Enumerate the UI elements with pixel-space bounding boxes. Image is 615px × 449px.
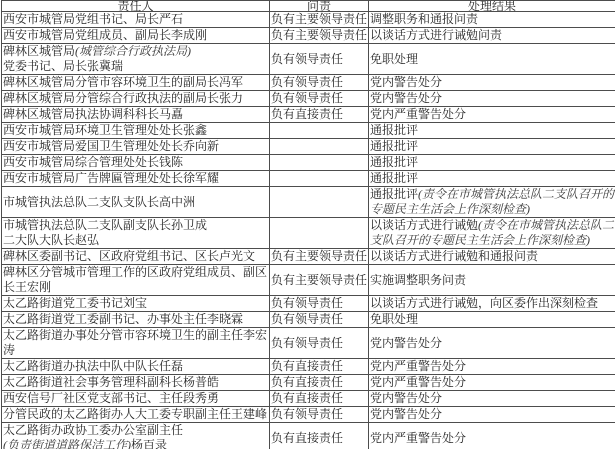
table-row: 市城管执法总队二支队支队长高中洲通报批评(责令在市城管执法总队二支队召开的专题民… (2, 187, 615, 218)
text-run: 调整职务和通报问责 (370, 12, 478, 26)
cell-handling-result: 以谈话方式进行诫勉和通报问责 (369, 249, 615, 265)
header-row: 责任人 问责 处理结果 (2, 1, 615, 12)
text-run: 党内严重警告处分 (370, 375, 466, 389)
text-run: 负有主要领导责任 (271, 12, 367, 26)
text-run: 西安市城管局党组成员、副局长李成刚 (3, 28, 207, 42)
header-handling-result: 处理结果 (369, 1, 615, 12)
cell-accountability: 负有主要领导责任 (270, 12, 369, 28)
text-run: 通报批评 (370, 139, 418, 153)
cell-handling-result: 党内警告处分 (369, 75, 615, 91)
text-run: 以谈话方式进行诫勉，向区委作出深刻检查 (370, 296, 598, 310)
header-responsible-person: 责任人 (2, 1, 270, 12)
text-run: 党内严重警告处分 (370, 359, 466, 373)
cell-handling-result: 通报批评 (369, 139, 615, 155)
text-run: 西安信号厂社区党支部书记、主任段秀勇 (3, 391, 219, 405)
cell-handling-result: 党内严重警告处分 (369, 107, 615, 123)
cell-accountability: 负有主要领导责任 (270, 249, 369, 265)
cell-responsible-person: 市城管执法总队二支队副支队长孙卫成 二大队大队长赵弘 (2, 218, 270, 249)
cell-responsible-person: 市城管执法总队二支队支队长高中洲 (2, 187, 270, 218)
table-row: 太乙路街道社会事务管理科副科长杨普皓负有直接责任党内严重警告处分 (2, 375, 615, 391)
table-row: 太乙路街道办事处分管市容环境卫生的副主任李宏涛负有领导责任党内警告处分 (2, 328, 615, 359)
cell-handling-result: 通报批评 (369, 155, 615, 171)
cell-handling-result: 通报批评 (369, 123, 615, 139)
text-run: 党内严重警告处分 (370, 107, 466, 121)
table-row: 碑林区城管局分管综合行政执法的副局长张力负有领导责任党内警告处分 (2, 91, 615, 107)
text-run: 负有主要领导责任 (271, 273, 367, 287)
text-run: 以谈话方式进行诫勉和通报问责 (370, 249, 538, 263)
text-run: 免职处理 (370, 52, 418, 66)
table-row: 分管民政的太乙路街办人大工委专职副主任王建峰负有领导责任党内警告处分 (2, 407, 615, 423)
table-row: 西安信号厂社区党支部书记、主任段秀勇负有直接责任党内警告处分 (2, 391, 615, 407)
text-run: 以谈话方式进行诫勉 (370, 218, 478, 232)
cell-responsible-person: 碑林区委副书记、区政府党组书记、区长卢光文 (2, 249, 270, 265)
cell-accountability: 负有直接责任 (270, 107, 369, 123)
text-run: 负有直接责任 (271, 431, 343, 445)
text-run: 通报批评 (370, 155, 418, 169)
table-row: 西安市城管局环境卫生管理处处长张鑫通报批评 (2, 123, 615, 139)
cell-responsible-person: 西安市城管局综合管理处处长钱陈 (2, 155, 270, 171)
table-row: 碑林区城管局(城管综合行政执法局) 党委书记、局长张冀瑞负有领导责任免职处理 (2, 44, 615, 75)
text-run: 负有直接责任 (271, 107, 343, 121)
text-run: 西安市城管局综合管理处处长钱陈 (3, 155, 183, 169)
text-run: 党内警告处分 (370, 336, 442, 350)
table-header: 责任人 问责 处理结果 (2, 1, 615, 12)
cell-accountability: 负有主要领导责任 (270, 28, 369, 44)
text-run: 负有直接责任 (271, 391, 343, 405)
cell-handling-result: 免职处理 (369, 312, 615, 328)
cell-responsible-person: 分管民政的太乙路街办人大工委专职副主任王建峰 (2, 407, 270, 423)
text-run: 市城管执法总队二支队支队长高中洲 (3, 195, 195, 209)
cell-responsible-person: 碑林区分管城市管理工作的区政府党组成员、副区长王宏刚 (2, 265, 270, 296)
text-run: 碑林区城管局分管市容环境卫生的副局长冯军 (3, 75, 243, 89)
text-run: 党内警告处分 (370, 391, 442, 405)
text-run: 负有主要领导责任 (271, 249, 367, 263)
cell-responsible-person: 西安市城管局环境卫生管理处处长张鑫 (2, 123, 270, 139)
text-run: 太乙路街道党工委书记刘宝 (3, 296, 147, 310)
cell-handling-result: 党内严重警告处分 (369, 359, 615, 375)
cell-accountability: 负有直接责任 (270, 423, 369, 449)
text-run: 党内警告处分 (370, 75, 442, 89)
cell-responsible-person: 太乙路街道办执法中队中队长任磊 (2, 359, 270, 375)
text-run: 分管民政的太乙路街办人大工委专职副主任王建峰 (3, 407, 267, 421)
text-run-kai: (城管综合行政执法局) (75, 44, 191, 58)
cell-handling-result: 以谈话方式进行诫勉(责令在市城管执法总队二支队召开的专题民主生活会上作深刻检查) (369, 218, 615, 249)
cell-responsible-person: 碑林区城管局分管市容环境卫生的副局长冯军 (2, 75, 270, 91)
cell-accountability: 负有领导责任 (270, 312, 369, 328)
cell-accountability: 负有直接责任 (270, 359, 369, 375)
text-run: 西安市城管局环境卫生管理处处长张鑫 (3, 123, 207, 137)
text-run: 负有领导责任 (271, 312, 343, 326)
text-run: 负有直接责任 (271, 359, 343, 373)
cell-accountability: 负有领导责任 (270, 328, 369, 359)
text-run: 西安市城管局党组书记、局长严石 (3, 12, 183, 26)
cell-handling-result: 党内警告处分 (369, 391, 615, 407)
text-run: 负有领导责任 (271, 52, 343, 66)
text-run: 以谈话方式进行诫勉问责 (370, 28, 502, 42)
cell-accountability: 负有主要领导责任 (270, 265, 369, 296)
text-run: 负有直接责任 (271, 375, 343, 389)
text-run: 太乙路街道社会事务管理科副科长杨普皓 (3, 375, 219, 389)
cell-responsible-person: 西安信号厂社区党支部书记、主任段秀勇 (2, 391, 270, 407)
table-row: 碑林区委副书记、区政府党组书记、区长卢光文负有主要领导责任以谈话方式进行诫勉和通… (2, 249, 615, 265)
text-run: 西安市城管局爱国卫生管理处处长乔向新 (3, 139, 219, 153)
table-body: 西安市城管局党组书记、局长严石负有主要领导责任调整职务和通报问责西安市城管局党组… (2, 12, 615, 449)
cell-accountability (270, 218, 369, 249)
cell-responsible-person: 太乙路街办政协工委办公室副主任 (负责街道道路保洁工作)杨百录 (2, 423, 270, 449)
cell-responsible-person: 西安市城管局爱国卫生管理处处长乔向新 (2, 139, 270, 155)
cell-accountability: 负有领导责任 (270, 407, 369, 423)
text-run: 党内警告处分 (370, 91, 442, 105)
cell-responsible-person: 西安市城管局党组书记、局长严石 (2, 12, 270, 28)
table-row: 西安市城管局广告牌匾管理处处长徐军耀通报批评 (2, 171, 615, 187)
text-run: 党委书记、局长张冀瑞 (3, 59, 123, 73)
cell-responsible-person: 碑林区城管局执法协调科科长马嚞 (2, 107, 270, 123)
cell-responsible-person: 太乙路街道办事处分管市容环境卫生的副主任李宏涛 (2, 328, 270, 359)
cell-handling-result: 实施调整职务问责 (369, 265, 615, 296)
cell-accountability (270, 155, 369, 171)
text-run: 党内严重警告处分 (370, 431, 466, 445)
table-row: 碑林区分管城市管理工作的区政府党组成员、副区长王宏刚负有主要领导责任实施调整职务… (2, 265, 615, 296)
text-run: 负有领导责任 (271, 336, 343, 350)
cell-accountability: 负有领导责任 (270, 75, 369, 91)
text-run: 负有领导责任 (271, 91, 343, 105)
cell-handling-result: 调整职务和通报问责 (369, 12, 615, 28)
text-run: 碑林区城管局分管综合行政执法的副局长张力 (3, 91, 243, 105)
text-run: 实施调整职务问责 (370, 273, 466, 287)
text-run: 杨百录 (131, 438, 167, 449)
table-row: 碑林区城管局分管市容环境卫生的副局长冯军负有领导责任党内警告处分 (2, 75, 615, 91)
cell-accountability: 负有领导责任 (270, 296, 369, 312)
text-run: 西安市城管局广告牌匾管理处处长徐军耀 (3, 171, 219, 185)
cell-handling-result: 党内严重警告处分 (369, 423, 615, 449)
cell-accountability: 负有领导责任 (270, 44, 369, 75)
text-run: 碑林区分管城市管理工作的区政府党组成员、副区长王宏刚 (3, 265, 267, 294)
text-run: 碑林区委副书记、区政府党组书记、区长卢光文 (3, 249, 255, 263)
text-run: 通报批评 (370, 123, 418, 137)
cell-responsible-person: 太乙路街道社会事务管理科副科长杨普皓 (2, 375, 270, 391)
table-row: 太乙路街道党工委副书记、办事处主任李晓霖负有领导责任免职处理 (2, 312, 615, 328)
text-run: 太乙路街办政协工委办公室副主任 (3, 423, 183, 437)
cell-accountability (270, 123, 369, 139)
cell-accountability: 负有直接责任 (270, 391, 369, 407)
text-run: 负有领导责任 (271, 75, 343, 89)
cell-accountability (270, 171, 369, 187)
text-run: 负有领导责任 (271, 296, 343, 310)
header-accountability: 问责 (270, 1, 369, 12)
table-row: 西安市城管局党组成员、副局长李成刚负有主要领导责任以谈话方式进行诫勉问责 (2, 28, 615, 44)
table-row: 碑林区城管局执法协调科科长马嚞负有直接责任党内严重警告处分 (2, 107, 615, 123)
table-row: 西安市城管局爱国卫生管理处处长乔向新通报批评 (2, 139, 615, 155)
text-run: 负有领导责任 (271, 407, 343, 421)
cell-accountability (270, 187, 369, 218)
cell-handling-result: 党内严重警告处分 (369, 375, 615, 391)
table-row: 市城管执法总队二支队副支队长孙卫成 二大队大队长赵弘以谈话方式进行诫勉(责令在市… (2, 218, 615, 249)
table-row: 太乙路街道办执法中队中队长任磊负有直接责任党内严重警告处分 (2, 359, 615, 375)
cell-handling-result: 党内警告处分 (369, 328, 615, 359)
cell-accountability (270, 139, 369, 155)
text-run: 负有主要领导责任 (271, 28, 367, 42)
cell-handling-result: 以谈话方式进行诫勉问责 (369, 28, 615, 44)
text-run: 太乙路街道党工委副书记、办事处主任李晓霖 (3, 312, 243, 326)
table-row: 太乙路街办政协工委办公室副主任 (负责街道道路保洁工作)杨百录负有直接责任党内严… (2, 423, 615, 449)
text-run: 太乙路街道办事处分管市容环境卫生的副主任李宏涛 (3, 328, 267, 357)
cell-responsible-person: 太乙路街道党工委副书记、办事处主任李晓霖 (2, 312, 270, 328)
cell-accountability: 负有领导责任 (270, 91, 369, 107)
cell-responsible-person: 西安市城管局党组成员、副局长李成刚 (2, 28, 270, 44)
text-run: 党内警告处分 (370, 407, 442, 421)
accountability-table: 责任人 问责 处理结果 西安市城管局党组书记、局长严石负有主要领导责任调整职务和… (1, 0, 615, 449)
cell-handling-result: 党内警告处分 (369, 91, 615, 107)
text-run: 通报批评 (370, 187, 418, 201)
cell-handling-result: 免职处理 (369, 44, 615, 75)
text-run: 太乙路街道办执法中队中队长任磊 (3, 359, 183, 373)
text-run-kai: (负责街道道路保洁工作) (3, 438, 131, 449)
text-run: 免职处理 (370, 312, 418, 326)
cell-handling-result: 以谈话方式进行诫勉，向区委作出深刻检查 (369, 296, 615, 312)
cell-responsible-person: 碑林区城管局(城管综合行政执法局) 党委书记、局长张冀瑞 (2, 44, 270, 75)
table-row: 西安市城管局综合管理处处长钱陈通报批评 (2, 155, 615, 171)
cell-responsible-person: 西安市城管局广告牌匾管理处处长徐军耀 (2, 171, 270, 187)
cell-responsible-person: 碑林区城管局分管综合行政执法的副局长张力 (2, 91, 270, 107)
cell-responsible-person: 太乙路街道党工委书记刘宝 (2, 296, 270, 312)
table-row: 西安市城管局党组书记、局长严石负有主要领导责任调整职务和通报问责 (2, 12, 615, 28)
text-run: 碑林区城管局执法协调科科长马嚞 (3, 107, 183, 121)
cell-handling-result: 通报批评(责令在市城管执法总队二支队召开的专题民主生活会上作深刻检查) (369, 187, 615, 218)
cell-accountability: 负有直接责任 (270, 375, 369, 391)
text-run: 通报批评 (370, 171, 418, 185)
text-run: 碑林区城管局 (3, 44, 75, 58)
text-run: 市城管执法总队二支队副支队长孙卫成 二大队大队长赵弘 (3, 218, 207, 247)
cell-handling-result: 通报批评 (369, 171, 615, 187)
table-row: 太乙路街道党工委书记刘宝负有领导责任以谈话方式进行诫勉，向区委作出深刻检查 (2, 296, 615, 312)
accountability-table-page: 责任人 问责 处理结果 西安市城管局党组书记、局长严石负有主要领导责任调整职务和… (0, 0, 615, 449)
cell-handling-result: 党内警告处分 (369, 407, 615, 423)
